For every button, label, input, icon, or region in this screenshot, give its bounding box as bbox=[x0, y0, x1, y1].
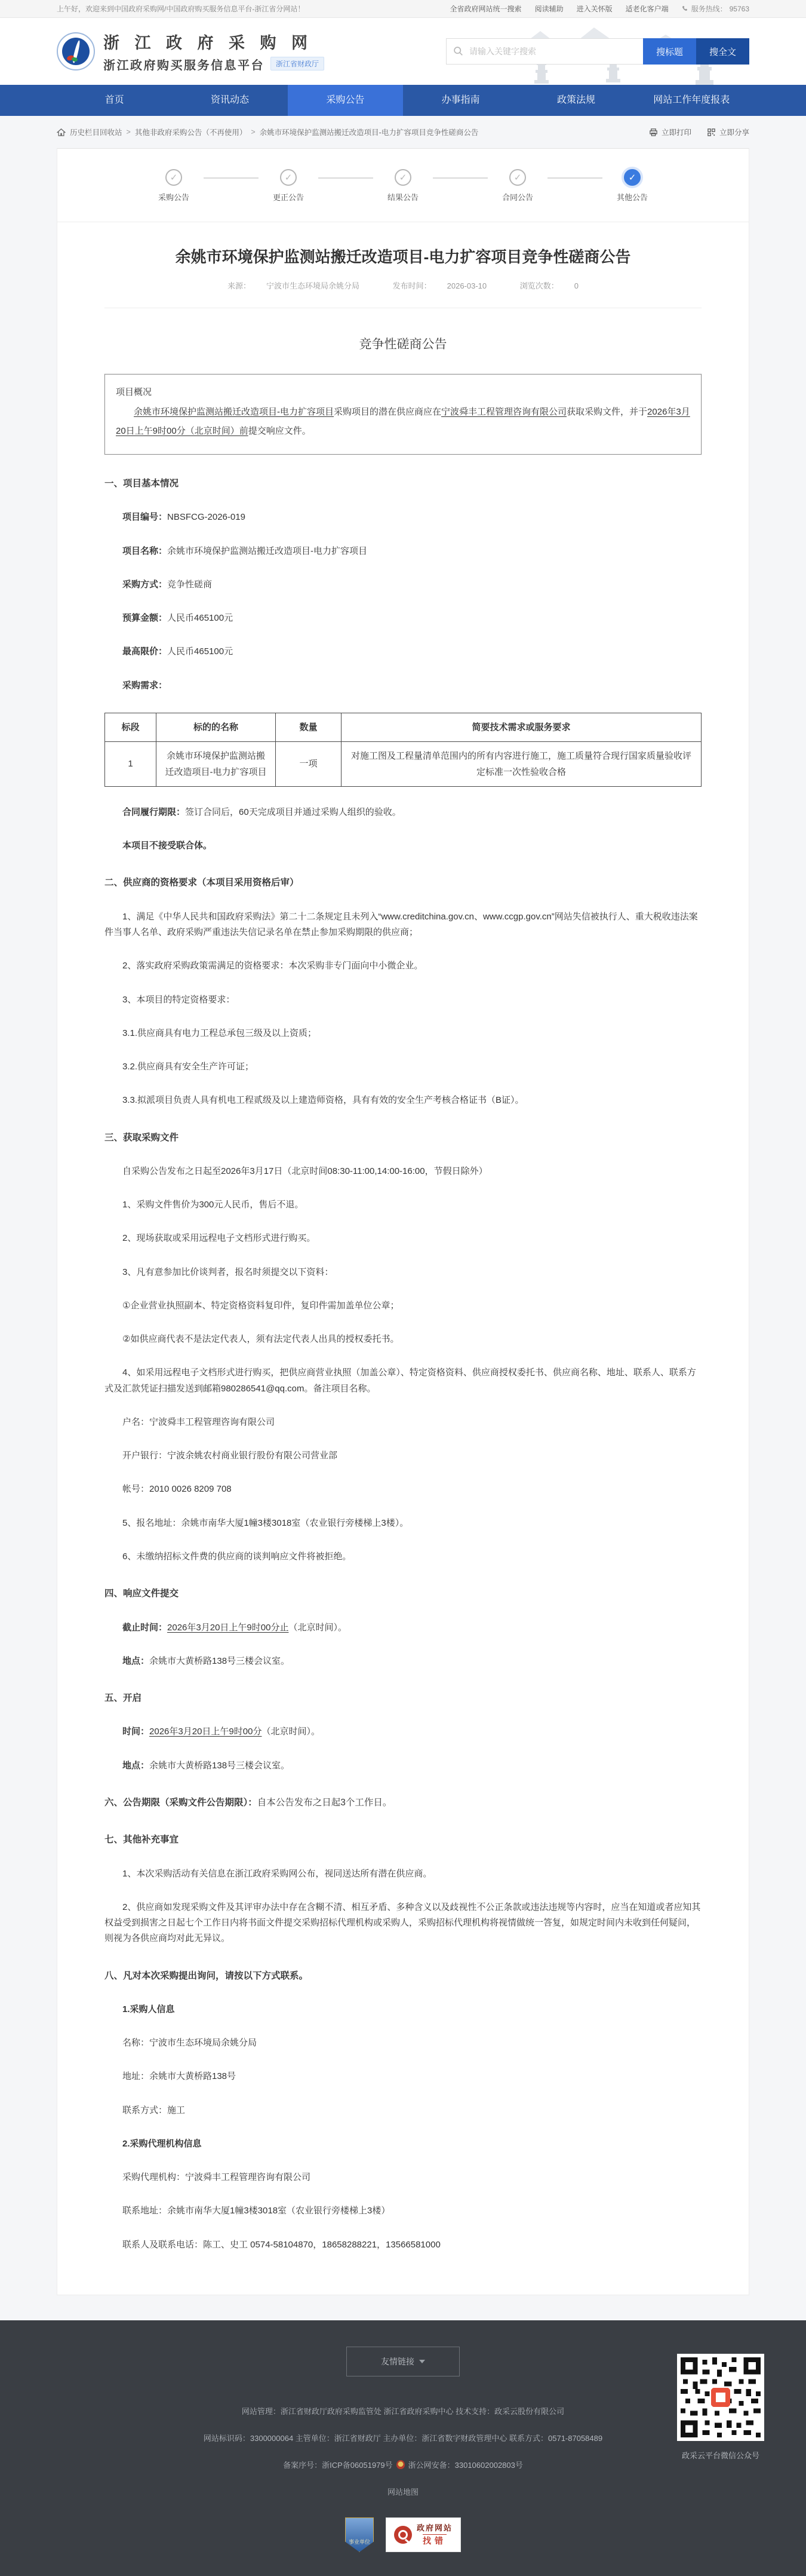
check-icon: ✓ bbox=[280, 169, 297, 186]
article-meta: 来源：宁波市生态环境局余姚分局 发布时间：2026-03-10 浏览次数：0 bbox=[57, 280, 749, 308]
table-cell: 对施工图及工程量清单范围内的所有内容进行施工，施工质量符合现行国家质量验收评定标… bbox=[342, 741, 702, 786]
doc-section-heading: 四、响应文件提交 bbox=[104, 1586, 702, 1602]
paragraph-label: 合同履行期限： bbox=[122, 807, 185, 817]
table-header-cell: 标的的名称 bbox=[156, 713, 276, 741]
breadcrumb-item-history[interactable]: 历史栏目回收站 bbox=[70, 127, 122, 137]
paragraph-label: 项目名称： bbox=[122, 546, 167, 556]
breadcrumb: 历史栏目回收站 > 其他非政府采购公告（不再使用） > 余姚市环境保护监测站搬迁… bbox=[57, 116, 749, 148]
stepper-connector bbox=[318, 177, 373, 179]
doc-section-heading: 七、其他补充事宜 bbox=[104, 1832, 702, 1848]
doc-paragraph: 联系方式：施工 bbox=[104, 2103, 702, 2118]
police-record-link[interactable]: 浙公网安备：33010602002803号 bbox=[408, 2459, 523, 2470]
friendly-links-dropdown[interactable]: 友情链接 bbox=[346, 2347, 460, 2376]
link-unified-search[interactable]: 全省政府网站统一搜索 bbox=[450, 4, 522, 14]
paragraph-label: 本项目不接受联合体。 bbox=[122, 841, 212, 851]
site-emblem-icon bbox=[57, 32, 95, 70]
phone-icon bbox=[682, 5, 689, 13]
doc-section-heading: 五、开启 bbox=[104, 1691, 702, 1706]
finance-dept-badge: 浙江省财政厅 bbox=[270, 57, 324, 70]
section-heading-tail: 自本公告发布之日起3个工作日。 bbox=[257, 1798, 392, 1808]
doc-paragraph: 截止时间：2026年3月20日上午9时00分止（北京时间）。 bbox=[104, 1620, 702, 1636]
step-procurement-notice[interactable]: ✓ 采购公告 bbox=[151, 169, 196, 203]
overview-box-title: 项目概况 bbox=[116, 383, 690, 402]
doc-paragraph: 3.2.供应商具有安全生产许可证； bbox=[104, 1059, 702, 1075]
doc-heading: 竞争性磋商公告 bbox=[104, 335, 702, 352]
overview-paragraph: 余姚市环境保护监测站搬迁改造项目-电力扩容项目采购项目的潜在供应商应在宁波舜丰工… bbox=[116, 403, 690, 441]
institution-badge[interactable]: 事业单位 bbox=[345, 2517, 374, 2552]
site-subtitle: 浙江政府购买服务信息平台 bbox=[103, 56, 264, 73]
site-footer: 友情链接 网站管理：浙江省财政厅政府采购监管处 浙江省政府采购中心 技术支持：政… bbox=[0, 2320, 806, 2576]
source-value: 宁波市生态环境局余姚分局 bbox=[266, 281, 359, 290]
main-nav: 首页 资讯动态 采购公告 办事指南 政策法规 网站工作年度报表 bbox=[0, 85, 806, 116]
paragraph-label: 地点： bbox=[122, 1656, 149, 1666]
doc-paragraph: 3、本项目的特定资格要求： bbox=[104, 992, 702, 1008]
share-button[interactable]: 立即分享 bbox=[707, 127, 749, 137]
magnifier-icon bbox=[394, 2526, 412, 2544]
step-other-notice[interactable]: ✓ 其他公告 bbox=[610, 169, 655, 203]
nav-item-policies[interactable]: 政策法规 bbox=[518, 85, 633, 116]
doc-paragraph: 联系人及联系电话：陈工、史工 0574-58104870，18658288221… bbox=[104, 2237, 702, 2253]
greeting-text: 上午好，欢迎来到中国政府采购网/中国政府购买服务信息平台-浙江省分网站！ bbox=[57, 4, 304, 14]
breadcrumb-separator: > bbox=[127, 128, 131, 136]
doc-paragraph: 帐号：2010 0026 8209 708 bbox=[104, 1482, 702, 1497]
doc-paragraph: 3.1.供应商具有电力工程总承包三级及以上资质； bbox=[104, 1026, 702, 1041]
qr-caption: 政采云平台微信公众号 bbox=[677, 2449, 764, 2461]
sitemap-link[interactable]: 网站地图 bbox=[387, 2486, 419, 2497]
paragraph-label: 地点： bbox=[122, 1761, 149, 1771]
table-header-cell: 数量 bbox=[276, 713, 342, 741]
page-title: 余姚市环境保护监测站搬迁改造项目-电力扩容项目竞争性磋商公告 bbox=[111, 246, 695, 268]
step-contract-notice[interactable]: ✓ 合同公告 bbox=[495, 169, 540, 203]
table-cell: 1 bbox=[105, 741, 156, 786]
doc-paragraph: 3、凡有意参加比价谈判者，报名时须提交以下资料： bbox=[104, 1265, 702, 1280]
doc-paragraph: 联系地址：余姚市南华大厦1幢3楼3018室（农业银行旁楼梯上3楼） bbox=[104, 2203, 702, 2219]
check-icon: ✓ bbox=[395, 169, 411, 186]
text-segment: 提交响应文件。 bbox=[248, 426, 311, 436]
doc-paragraph: 1、本次采购活动有关信息在浙江政府采购网公布，视同送达所有潜在供应商。 bbox=[104, 1866, 702, 1882]
content-background: 历史栏目回收站 > 其他非政府采购公告（不再使用） > 余姚市环境保护监测站搬迁… bbox=[0, 116, 806, 2320]
search-title-button[interactable]: 搜标题 bbox=[643, 38, 696, 65]
doc-paragraph: 2、落实政府采购政策需满足的资格要求：本次采购非专门面向中小微企业。 bbox=[104, 958, 702, 974]
stepper-connector bbox=[433, 177, 488, 179]
icp-record-link[interactable]: 备案序号：浙ICP备06051979号 bbox=[283, 2459, 393, 2470]
underlined-text: 2026年3月20日上午9时00分止 bbox=[167, 1623, 288, 1633]
search-icon bbox=[453, 46, 463, 56]
printer-icon bbox=[649, 128, 658, 137]
top-utility-bar: 上午好，欢迎来到中国政府采购网/中国政府购买服务信息平台-浙江省分网站！ 全省政… bbox=[0, 0, 806, 18]
paragraph-label: 预算金额： bbox=[122, 613, 167, 623]
doc-paragraph: 1.采购人信息 bbox=[104, 2002, 702, 2017]
doc-paragraph: 合同履行期限：签订合同后，60天完成项目并通过采购人组织的验收。 bbox=[104, 805, 702, 820]
page: 上午好，欢迎来到中国政府采购网/中国政府购买服务信息平台-浙江省分网站！ 全省政… bbox=[0, 0, 806, 2576]
nav-item-news[interactable]: 资讯动态 bbox=[172, 85, 287, 116]
qr-code bbox=[677, 2354, 764, 2441]
doc-paragraph: 4、如采用远程电子文档形式进行购买，把供应商营业执照（加盖公章）、特定资格资料、… bbox=[104, 1365, 702, 1397]
nav-item-service-guide[interactable]: 办事指南 bbox=[403, 85, 518, 116]
step-correction-notice[interactable]: ✓ 更正公告 bbox=[266, 169, 311, 203]
doc-paragraph: 地点：余姚市大黄桥路138号三楼会议室。 bbox=[104, 1758, 702, 1774]
chevron-down-icon bbox=[419, 2360, 425, 2363]
doc-section-heading: 三、获取采购文件 bbox=[104, 1130, 702, 1146]
doc-paragraph: 地点：余姚市大黄桥路138号三楼会议室。 bbox=[104, 1654, 702, 1669]
table-cell: 余姚市环境保护监测站搬迁改造项目-电力扩容项目 bbox=[156, 741, 276, 786]
share-qr-icon bbox=[707, 128, 716, 137]
doc-section-heading: 一、项目基本情况 bbox=[104, 476, 702, 492]
gov-site-error-report-badge[interactable]: 政府网站 找错 bbox=[386, 2517, 461, 2552]
police-badge-icon bbox=[396, 2460, 405, 2469]
doc-paragraph: ①企业营业执照副本、特定资格资料复印件，复印件需加盖单位公章； bbox=[104, 1298, 702, 1314]
doc-paragraph: 1、采购文件售价为300元人民币，售后不退。 bbox=[104, 1197, 702, 1213]
doc-paragraph: 自采购公告发布之日起至2026年3月17日（北京时间08:30-11:00,14… bbox=[104, 1164, 702, 1179]
table-row: 1余姚市环境保护监测站搬迁改造项目-电力扩容项目一项对施工图及工程量清单范围内的… bbox=[105, 741, 702, 786]
link-care-version[interactable]: 进入关怀版 bbox=[577, 4, 613, 14]
site-header: 浙 江 政 府 采 购 网 浙江政府购买服务信息平台 浙江省财政厅 搜标题 搜全… bbox=[57, 18, 749, 85]
sitemap-line: 网站地图 bbox=[0, 2486, 806, 2497]
doc-paragraph: 2、现场获取或采用远程电子文档形式进行购买。 bbox=[104, 1231, 702, 1246]
link-reading-assist[interactable]: 阅读辅助 bbox=[535, 4, 564, 14]
doc-paragraph: 地址：余姚市大黄桥路138号 bbox=[104, 2069, 702, 2084]
announcement-body: 竞争性磋商公告 项目概况余姚市环境保护监测站搬迁改造项目-电力扩容项目采购项目的… bbox=[104, 308, 702, 2253]
text-segment: （北京时间）。 bbox=[262, 1726, 320, 1737]
doc-paragraph: 最高限价：人民币465100元 bbox=[104, 644, 702, 660]
doc-paragraph: 1、满足《中华人民共和国政府采购法》第二十二条规定且未列入“www.credit… bbox=[104, 909, 702, 941]
check-icon: ✓ bbox=[624, 169, 641, 186]
paragraph-label: 采购需求： bbox=[122, 680, 167, 691]
nav-item-home[interactable]: 首页 bbox=[57, 85, 172, 116]
publish-date: 2026-03-10 bbox=[447, 281, 487, 290]
stepper-connector bbox=[547, 177, 602, 179]
doc-paragraph: 预算金额：人民币465100元 bbox=[104, 611, 702, 626]
search-fulltext-button[interactable]: 搜全文 bbox=[696, 38, 749, 65]
doc-paragraph: 项目名称：余姚市环境保护监测站搬迁改造项目-电力扩容项目 bbox=[104, 544, 702, 559]
doc-paragraph: 采购需求： bbox=[104, 678, 702, 694]
doc-paragraph: 5、报名地址：余姚市南华大厦1幢3楼3018室（农业银行旁楼梯上3楼）。 bbox=[104, 1516, 702, 1531]
notice-type-stepper: ✓ 采购公告 ✓ 更正公告 ✓ 结果公告 ✓ 合同公告 bbox=[57, 149, 749, 203]
paragraph-label: 项目编号： bbox=[122, 512, 167, 522]
doc-paragraph: 开户银行：宁波余姚农村商业银行股份有限公司营业部 bbox=[104, 1448, 702, 1464]
paragraph-label: 截止时间： bbox=[122, 1623, 167, 1633]
underlined-text: 余姚市环境保护监测站搬迁改造项目-电力扩容项目 bbox=[134, 407, 334, 417]
site-logo[interactable]: 浙 江 政 府 采 购 网 浙江政府购买服务信息平台 浙江省财政厅 bbox=[57, 30, 324, 73]
service-hotline: 服务热线：95763 bbox=[682, 4, 749, 14]
doc-paragraph: 采购方式：竞争性磋商 bbox=[104, 577, 702, 593]
doc-paragraph: 3.3.拟派项目负责人具有机电工程贰级及以上建造师资格，具有有效的安全生产考核合… bbox=[104, 1093, 702, 1108]
paragraph-label: 最高限价： bbox=[122, 646, 167, 657]
doc-paragraph: 2.采购代理机构信息 bbox=[104, 2136, 702, 2152]
link-elderly-client[interactable]: 适老化客户端 bbox=[626, 4, 669, 14]
doc-section-heading: 二、供应商的资格要求（本项目采用资格后审） bbox=[104, 875, 702, 891]
table-header-cell: 简要技术需求或服务要求 bbox=[342, 713, 702, 741]
nav-item-procurement-notices[interactable]: 采购公告 bbox=[288, 85, 403, 116]
doc-paragraph: ②如供应商代表不是法定代表人，须有法定代表人出具的授权委托书。 bbox=[104, 1332, 702, 1347]
search-input[interactable] bbox=[446, 38, 643, 65]
text-segment: 采购项目的潜在供应商应在 bbox=[334, 407, 441, 417]
divider bbox=[57, 222, 749, 222]
check-icon: ✓ bbox=[165, 169, 182, 186]
doc-section-heading: 八、凡对本次采购提出询问，请按以下方式联系。 bbox=[104, 1968, 702, 1984]
doc-paragraph: 采购代理机构：宁波舜丰工程管理咨询有限公司 bbox=[104, 2170, 702, 2185]
doc-paragraph: 本项目不接受联合体。 bbox=[104, 838, 702, 854]
project-overview-box: 项目概况余姚市环境保护监测站搬迁改造项目-电力扩容项目采购项目的潜在供应商应在宁… bbox=[104, 374, 702, 455]
doc-blocks: 项目概况余姚市环境保护监测站搬迁改造项目-电力扩容项目采购项目的潜在供应商应在宁… bbox=[104, 374, 702, 2253]
doc-paragraph: 6、未缴纳招标文件费的供应商的谈判响应文件将被拒绝。 bbox=[104, 1549, 702, 1565]
paragraph-label: 2.采购代理机构信息 bbox=[122, 2139, 202, 2149]
site-name: 浙 江 政 府 采 购 网 bbox=[103, 30, 324, 53]
doc-paragraph: 时间：2026年3月20日上午9时00分（北京时间）。 bbox=[104, 1724, 702, 1740]
nav-item-annual-report[interactable]: 网站工作年度报表 bbox=[634, 85, 749, 116]
table-cell: 一项 bbox=[276, 741, 342, 786]
print-button[interactable]: 立即打印 bbox=[649, 127, 691, 137]
wechat-qr-block: 政采云平台微信公众号 bbox=[677, 2354, 764, 2461]
paragraph-label: 采购方式： bbox=[122, 579, 167, 590]
paragraph-label: 1.采购人信息 bbox=[122, 2004, 175, 2014]
paragraph-label: 时间： bbox=[122, 1726, 149, 1737]
text-segment: （北京时间）。 bbox=[288, 1623, 347, 1633]
doc-paragraph: 名称：宁波市生态环境局余姚分局 bbox=[104, 2035, 702, 2051]
breadcrumb-item-current: 余姚市环境保护监测站搬迁改造项目-电力扩容项目竞争性磋商公告 bbox=[260, 127, 479, 137]
breadcrumb-item-other-notices[interactable]: 其他非政府采购公告（不再使用） bbox=[135, 127, 247, 137]
step-result-notice[interactable]: ✓ 结果公告 bbox=[380, 169, 426, 203]
doc-paragraph: 2、供应商如发现采购文件及其评审办法中存在含糊不清、相互矛盾、多种含义以及歧视性… bbox=[104, 1900, 702, 1947]
doc-paragraph: 户名：宁波舜丰工程管理咨询有限公司 bbox=[104, 1415, 702, 1430]
underlined-text: 2026年3月20日上午9时00分 bbox=[149, 1726, 262, 1737]
requirement-table: 标段标的的名称数量简要技术需求或服务要求1余姚市环境保护监测站搬迁改造项目-电力… bbox=[104, 713, 702, 787]
text-segment: 获取采购文件，并于 bbox=[567, 407, 647, 417]
breadcrumb-separator: > bbox=[251, 128, 255, 136]
announcement-card: ✓ 采购公告 ✓ 更正公告 ✓ 结果公告 ✓ 合同公告 bbox=[57, 148, 749, 2295]
stepper-connector bbox=[204, 177, 259, 179]
view-count: 0 bbox=[574, 281, 579, 290]
doc-paragraph: 项目编号：NBSFCG-2026-019 bbox=[104, 510, 702, 525]
home-icon[interactable] bbox=[57, 128, 66, 137]
check-icon: ✓ bbox=[509, 169, 526, 186]
doc-section-heading: 六、公告期限（采购文件公告期限）：自本公告发布之日起3个工作日。 bbox=[104, 1795, 702, 1811]
underlined-text: 宁波舜丰工程管理咨询有限公司 bbox=[441, 407, 567, 417]
table-header-cell: 标段 bbox=[105, 713, 156, 741]
